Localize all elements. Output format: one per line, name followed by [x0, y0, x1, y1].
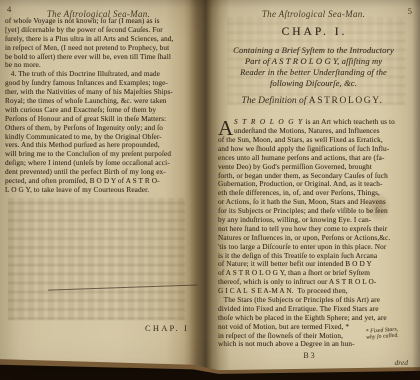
text-line: which is not much above a Degree in an h…: [218, 340, 420, 349]
open-book-scan: The Aſtrological Sea-Man. 4 of whoſe Voy…: [0, 0, 420, 380]
right-page: The Aſtrological Sea-Man. 5 CHAP. I. Con…: [197, 0, 420, 380]
catchword: dred: [395, 358, 408, 367]
section-heading: The Definition of ASTROLOGY.: [211, 96, 414, 106]
text-line: following Diſcourſe, &c.: [213, 78, 414, 89]
chapter-argument: Containing a Brief Syſtem to the Introdu…: [213, 45, 414, 89]
opening-lines: A S T R O L O G Y is an Art which teache…: [218, 118, 420, 136]
text-line: Containing a Brief Syſtem to the Introdu…: [213, 45, 414, 56]
page-number: 5: [408, 6, 412, 16]
left-page-body-text: of whoſe Voyage is not known; ſo far (I …: [5, 17, 195, 195]
signature-mark: B 3: [218, 351, 400, 360]
ink-stain: [365, 192, 391, 222]
text-line: L O G Y, to take leave of my Courteous R…: [5, 186, 195, 195]
text-line: Reader in the better Underſtanding of th…: [213, 67, 414, 78]
page-number: 4: [7, 4, 11, 14]
chapter-heading: CHAP. I.: [217, 26, 412, 38]
right-page-body-text: of the Sun, Moon, and Stars, as well Fix…: [218, 136, 420, 349]
left-page: The Aſtrological Sea-Man. 4 of whoſe Voy…: [0, 0, 197, 380]
text-line: Part of A S T R O L O G Y, aſſiſting my: [213, 56, 414, 67]
catchword: CHAP. I: [145, 323, 189, 333]
bleedthrough-texture: [8, 198, 185, 320]
section-heading-italic: The Definition of: [242, 96, 309, 106]
crease-line: [48, 284, 197, 290]
right-page-header: The Aſtrological Sea-Man.: [211, 4, 416, 16]
opening-caps: S T R O L O G Y: [234, 117, 304, 126]
opening-rest: is an Art which teacheth us to: [304, 117, 395, 126]
left-page-header: The Aſtrological Sea-Man.: [0, 4, 197, 16]
section-heading-caps: ASTROLOGY.: [309, 96, 384, 106]
running-title: The Aſtrological Sea-Man.: [262, 9, 365, 19]
